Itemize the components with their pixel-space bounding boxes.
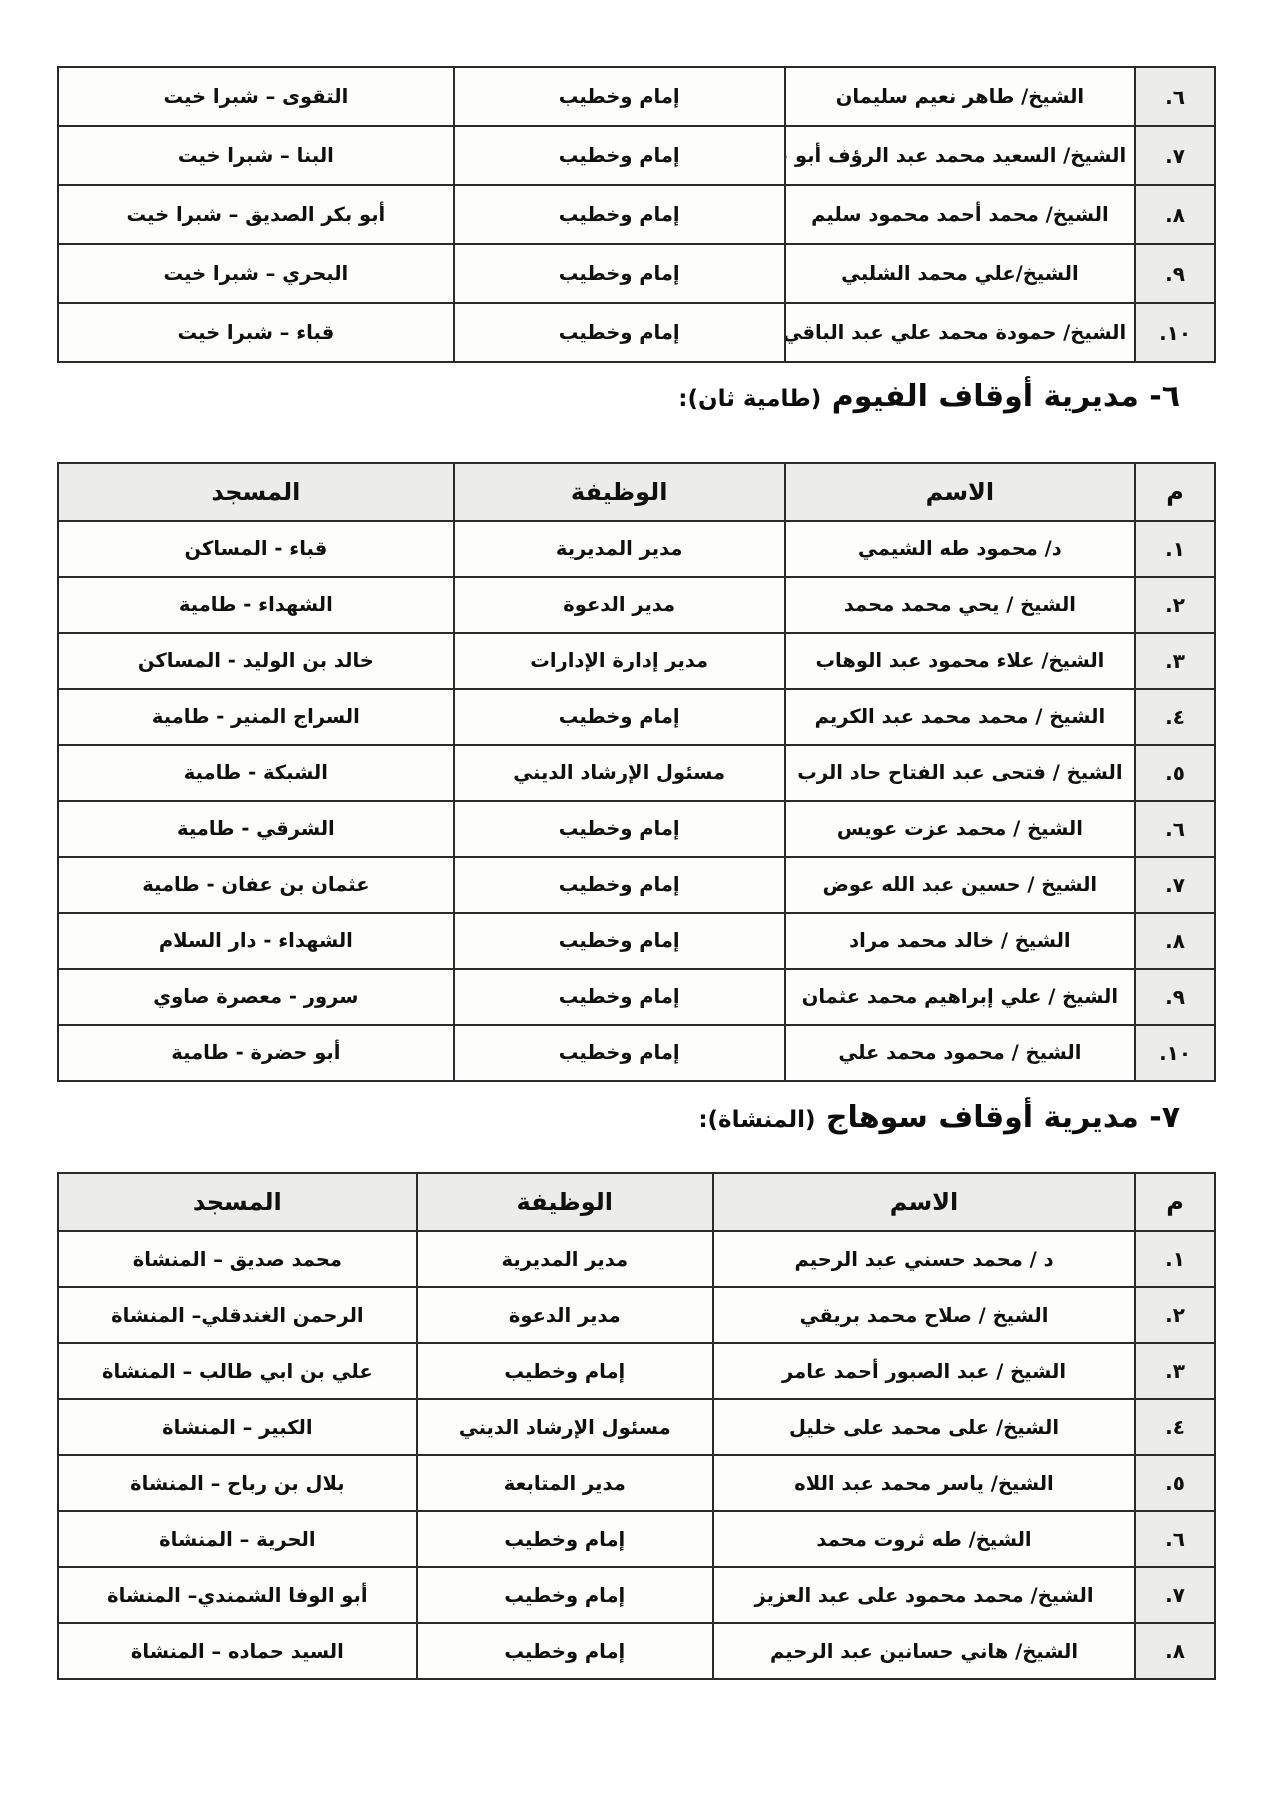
table-row: ٦. الشيخ/ طه ثروت محمد إمام وخطيب الحرية… [58,1511,1215,1567]
table-row: ١. د / محمد حسني عبد الرحيم مدير المديري… [58,1231,1215,1287]
table-row: ٨. الشيخ / خالد محمد مراد إمام وخطيب الش… [58,913,1215,969]
cell-job: مدير الدعوة [417,1287,713,1343]
table-header-row: م الاسم الوظيفة المسجد [58,1173,1215,1231]
cell-row-number: ٨. [1135,1623,1215,1679]
cell-row-number: ٩. [1135,244,1215,303]
cell-row-number: ٧. [1135,857,1215,913]
cell-row-number: ٨. [1135,185,1215,244]
table-row: ٢. الشيخ / يحي محمد محمد مدير الدعوة الش… [58,577,1215,633]
cell-mosque: الشهداء - دار السلام [58,913,454,969]
cell-job: إمام وخطيب [454,1025,785,1081]
cell-job: مدير إدارة الإدارات [454,633,785,689]
cell-job: إمام وخطيب [417,1343,713,1399]
cell-mosque: خالد بن الوليد - المساكن [58,633,454,689]
section-heading-fayoum-title: ٦- مديرية أوقاف الفيوم [821,379,1180,414]
cell-name: الشيخ/ هاني حسانين عبد الرحيم [713,1623,1135,1679]
cell-mosque: بلال بن رباح – المنشاة [58,1455,417,1511]
roster-table-fayoum: م الاسم الوظيفة المسجد ١. د/ محمود طه ال… [57,462,1216,1082]
cell-name: الشيخ / حسين عبد الله عوض [785,857,1136,913]
cell-row-number: ٧. [1135,126,1215,185]
cell-name: الشيخ / خالد محمد مراد [785,913,1136,969]
cell-job: مدير المديرية [454,521,785,577]
cell-mosque: البنا – شبرا خيت [58,126,454,185]
cell-mosque: قباء - المساكن [58,521,454,577]
cell-name: الشيخ/ على محمد على خليل [713,1399,1135,1455]
cell-name: الشيخ/ ياسر محمد عبد اللاه [713,1455,1135,1511]
table-header-row: م الاسم الوظيفة المسجد [58,463,1215,521]
column-header-job: الوظيفة [417,1173,713,1231]
table-row: ٥. الشيخ / فتحى عبد الفتاح حاد الرب مسئو… [58,745,1215,801]
cell-name: الشيخ/ محمد محمود على عبد العزيز [713,1567,1135,1623]
table-row: ٧. الشيخ/ محمد محمود على عبد العزيز إمام… [58,1567,1215,1623]
table-row: ٤. الشيخ / محمد محمد عبد الكريم إمام وخط… [58,689,1215,745]
cell-job: إمام وخطيب [454,244,785,303]
cell-row-number: ٦. [1135,67,1215,126]
table-row: ٦. الشيخ / محمد عزت عويس إمام وخطيب الشر… [58,801,1215,857]
cell-job: مسئول الإرشاد الديني [417,1399,713,1455]
table-row: ١. د/ محمود طه الشيمي مدير المديرية قباء… [58,521,1215,577]
cell-row-number: ٢. [1135,1287,1215,1343]
cell-name: الشيخ/ طه ثروت محمد [713,1511,1135,1567]
cell-row-number: ٤. [1135,1399,1215,1455]
cell-name: د / محمد حسني عبد الرحيم [713,1231,1135,1287]
roster-table-continuation-body: ٦. الشيخ/ طاهر نعيم سليمان إمام وخطيب ال… [58,67,1215,362]
cell-job: إمام وخطيب [454,303,785,362]
cell-mosque: عثمان بن عفان - طامية [58,857,454,913]
cell-name: الشيخ / محمد محمد عبد الكريم [785,689,1136,745]
table-row: ٧. الشيخ/ السعيد محمد عبد الرؤف أبو حارس… [58,126,1215,185]
cell-row-number: ٥. [1135,745,1215,801]
cell-row-number: ١. [1135,521,1215,577]
cell-row-number: ٣. [1135,1343,1215,1399]
cell-mosque: محمد صديق – المنشاة [58,1231,417,1287]
cell-mosque: علي بن ابي طالب – المنشاة [58,1343,417,1399]
cell-row-number: ١٠. [1135,1025,1215,1081]
cell-name: الشيخ / عبد الصبور أحمد عامر [713,1343,1135,1399]
cell-row-number: ٣. [1135,633,1215,689]
cell-row-number: ٩. [1135,969,1215,1025]
section-heading-fayoum: ٦- مديرية أوقاف الفيوم (طامية ثان): [57,377,1180,418]
table-row: ١٠. الشيخ/ حمودة محمد علي عبد الباقي إما… [58,303,1215,362]
cell-mosque: السراج المنير - طامية [58,689,454,745]
table-row: ٨. الشيخ/ محمد أحمد محمود سليم إمام وخطي… [58,185,1215,244]
section-heading-sohag-paren: (المنشاة): [698,1107,815,1133]
cell-job: إمام وخطيب [454,969,785,1025]
roster-table-continuation: ٦. الشيخ/ طاهر نعيم سليمان إمام وخطيب ال… [57,66,1216,363]
cell-job: إمام وخطيب [454,126,785,185]
cell-name: الشيخ/ حمودة محمد علي عبد الباقي [785,303,1136,362]
cell-job: مسئول الإرشاد الديني [454,745,785,801]
table-row: ٧. الشيخ / حسين عبد الله عوض إمام وخطيب … [58,857,1215,913]
table-row: ١٠. الشيخ / محمود محمد علي إمام وخطيب أب… [58,1025,1215,1081]
table-row: ٨. الشيخ/ هاني حسانين عبد الرحيم إمام وخ… [58,1623,1215,1679]
cell-name: الشيخ/ علاء محمود عبد الوهاب [785,633,1136,689]
cell-mosque: التقوى – شبرا خيت [58,67,454,126]
column-header-number: م [1135,1173,1215,1231]
cell-mosque: قباء – شبرا خيت [58,303,454,362]
cell-row-number: ١. [1135,1231,1215,1287]
section-heading-sohag: ٧- مديرية أوقاف سوهاج (المنشاة): [57,1098,1180,1139]
cell-job: إمام وخطيب [454,801,785,857]
column-header-name: الاسم [713,1173,1135,1231]
cell-job: إمام وخطيب [454,857,785,913]
cell-mosque: الرحمن الغندقلي– المنشاة [58,1287,417,1343]
cell-row-number: ٦. [1135,801,1215,857]
roster-table-sohag: م الاسم الوظيفة المسجد ١. د / محمد حسني … [57,1172,1216,1680]
cell-mosque: سرور - معصرة صاوي [58,969,454,1025]
cell-row-number: ١٠. [1135,303,1215,362]
cell-name: الشيخ/ السعيد محمد عبد الرؤف أبو حارس [785,126,1136,185]
cell-mosque: أبو بكر الصديق – شبرا خيت [58,185,454,244]
cell-name: الشيخ / محمد عزت عويس [785,801,1136,857]
cell-job: إمام وخطيب [454,185,785,244]
table-row: ٣. الشيخ / عبد الصبور أحمد عامر إمام وخط… [58,1343,1215,1399]
cell-mosque: أبو حضرة - طامية [58,1025,454,1081]
section-heading-fayoum-paren: (طامية ثان): [678,386,821,412]
section-heading-sohag-title: ٧- مديرية أوقاف سوهاج [815,1100,1180,1135]
document-page: ٦. الشيخ/ طاهر نعيم سليمان إمام وخطيب ال… [0,0,1273,1680]
roster-table-fayoum-body: ١. د/ محمود طه الشيمي مدير المديرية قباء… [58,521,1215,1081]
cell-mosque: الشهداء - طامية [58,577,454,633]
cell-name: الشيخ / فتحى عبد الفتاح حاد الرب [785,745,1136,801]
table-row: ٩. الشيخ / علي إبراهيم محمد عثمان إمام و… [58,969,1215,1025]
column-header-name: الاسم [785,463,1136,521]
table-row: ٥. الشيخ/ ياسر محمد عبد اللاه مدير المتا… [58,1455,1215,1511]
table-row: ٤. الشيخ/ على محمد على خليل مسئول الإرشا… [58,1399,1215,1455]
cell-job: إمام وخطيب [417,1623,713,1679]
cell-job: مدير المتابعة [417,1455,713,1511]
cell-mosque: الشبكة - طامية [58,745,454,801]
cell-mosque: البحري – شبرا خيت [58,244,454,303]
cell-mosque: أبو الوفا الشمندي– المنشاة [58,1567,417,1623]
column-header-number: م [1135,463,1215,521]
cell-name: الشيخ/ محمد أحمد محمود سليم [785,185,1136,244]
column-header-mosque: المسجد [58,463,454,521]
cell-name: الشيخ / صلاح محمد بريقي [713,1287,1135,1343]
cell-name: الشيخ / يحي محمد محمد [785,577,1136,633]
column-header-mosque: المسجد [58,1173,417,1231]
cell-name: الشيخ / محمود محمد علي [785,1025,1136,1081]
cell-mosque: الكبير – المنشاة [58,1399,417,1455]
cell-job: إمام وخطيب [417,1567,713,1623]
table-row: ٢. الشيخ / صلاح محمد بريقي مدير الدعوة ا… [58,1287,1215,1343]
cell-row-number: ٦. [1135,1511,1215,1567]
cell-row-number: ٨. [1135,913,1215,969]
cell-row-number: ٧. [1135,1567,1215,1623]
cell-mosque: الحرية – المنشاة [58,1511,417,1567]
cell-job: إمام وخطيب [454,913,785,969]
cell-row-number: ٥. [1135,1455,1215,1511]
cell-job: إمام وخطيب [454,689,785,745]
cell-name: الشيخ / علي إبراهيم محمد عثمان [785,969,1136,1025]
table-row: ٣. الشيخ/ علاء محمود عبد الوهاب مدير إدا… [58,633,1215,689]
cell-job: إمام وخطيب [454,67,785,126]
cell-name: الشيخ/ طاهر نعيم سليمان [785,67,1136,126]
column-header-job: الوظيفة [454,463,785,521]
cell-mosque: السيد حماده – المنشاة [58,1623,417,1679]
cell-row-number: ٤. [1135,689,1215,745]
cell-job: مدير المديرية [417,1231,713,1287]
table-row: ٩. الشيخ/علي محمد الشلبي إمام وخطيب البح… [58,244,1215,303]
cell-job: مدير الدعوة [454,577,785,633]
cell-row-number: ٢. [1135,577,1215,633]
cell-name: د/ محمود طه الشيمي [785,521,1136,577]
cell-name: الشيخ/علي محمد الشلبي [785,244,1136,303]
roster-table-sohag-body: ١. د / محمد حسني عبد الرحيم مدير المديري… [58,1231,1215,1679]
cell-job: إمام وخطيب [417,1511,713,1567]
cell-mosque: الشرقي - طامية [58,801,454,857]
table-row: ٦. الشيخ/ طاهر نعيم سليمان إمام وخطيب ال… [58,67,1215,126]
